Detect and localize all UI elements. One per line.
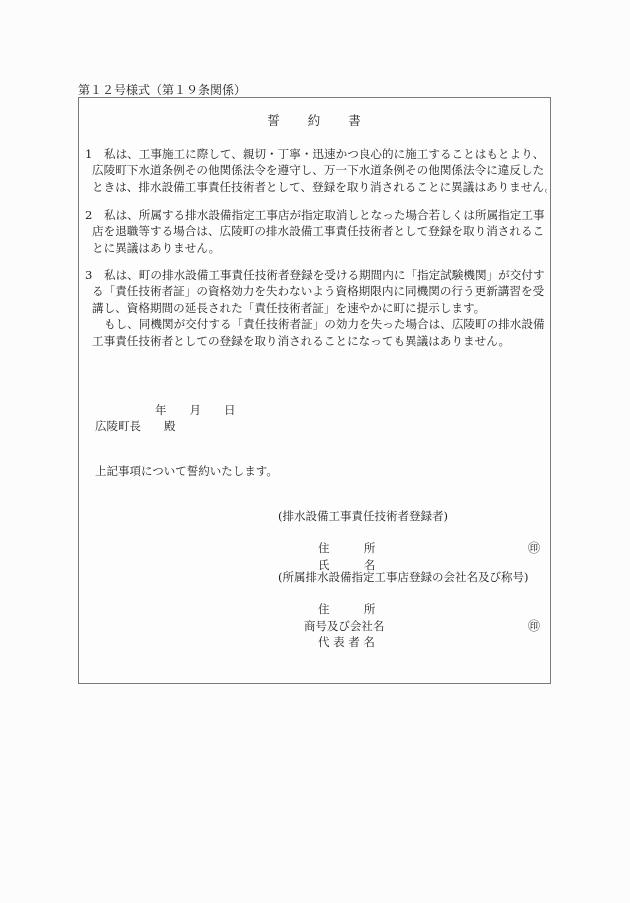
registrant-heading: (排水設備工事責任技術者登録者) [278,508,540,524]
pledge-document-frame: 誓 約 書 1 私は、工事施工に際して、親切・丁寧・迅速かつ良心的に施工すること… [78,97,551,684]
document-title: 誓 約 書 [79,111,550,129]
clause-line: る「責任技術者証」の資格効力を失わないよう資格期限内に同機関の行う更新講習を受 [85,283,547,299]
clause-line: もし、同機関が交付する「責任技術者証」の効力を失った場合は、広陵町の排水設備 [85,316,547,332]
registrant-signature-block: (排水設備工事責任技術者登録者) 住 所 氏 名 ㊞ [278,508,540,557]
company-signature-block: (所属排水設備指定工事店登録の会社名及び称号) 住 所 商号及び会社名 代 表 … [278,569,540,634]
clause-2: 2 私は、所属する排水設備指定工事店が指定取消しとなった場合若しくは所属指定工事… [85,207,547,256]
clause-line: 講し、資格期間の延長された「責任技術者証」を速やかに町に提示します。 [85,300,547,316]
seal-icon: ㊞ [528,540,540,556]
company-representative-row: 代 表 者 名 ㊞ [278,618,540,634]
company-trade-name-row: 商号及び会社名 [278,601,540,617]
form-number: 第１２号様式（第１９条関係） [78,81,246,98]
seal-icon: ㊞ [528,618,540,634]
pledge-statement: 上記事項について誓約いたします。 [95,463,278,479]
clause-line: とに異議はありません。 [85,240,547,256]
registrant-address-row: 住 所 [278,524,540,540]
clause-line: 3 私は、町の排水設備工事責任技術者登録を受ける期間内に「指定試験機関」が交付す [85,267,547,283]
company-heading: (所属排水設備指定工事店登録の会社名及び称号) [278,569,540,585]
addressee: 広陵町長 殿 [95,418,176,434]
clause-1: 1 私は、工事施工に際して、親切・丁寧・迅速かつ良心的に施工することはもとより、… [85,146,547,195]
clause-line: 2 私は、所属する排水設備指定工事店が指定取消しとなった場合若しくは所属指定工事 [85,207,547,223]
clause-line: 工事責任技術者としての登録を取り消されることになっても異議はありません。 [85,333,547,349]
company-address-row: 住 所 [278,585,540,601]
company-representative-label: 代 表 者 名 [300,635,375,649]
clause-3: 3 私は、町の排水設備工事責任技術者登録を受ける期間内に「指定試験機関」が交付す… [85,267,547,349]
clause-line: 1 私は、工事施工に際して、親切・丁寧・迅速かつ良心的に施工することはもとより、 [85,146,547,162]
registrant-name-row: 氏 名 ㊞ [278,540,540,556]
clause-line: 店を退職等する場合は、広陵町の排水設備工事責任技術者として登録を取り消されるこ [85,223,547,239]
clause-line: 広陵町下水道条例その他関係法令を遵守し、万一下水道条例その他関係法令に違反した [85,162,547,178]
date-field: 年 月 日 [155,402,236,418]
clause-line: ときは、排水設備工事責任技術者として、登録を取り消されることに異議はありません。 [85,179,547,195]
